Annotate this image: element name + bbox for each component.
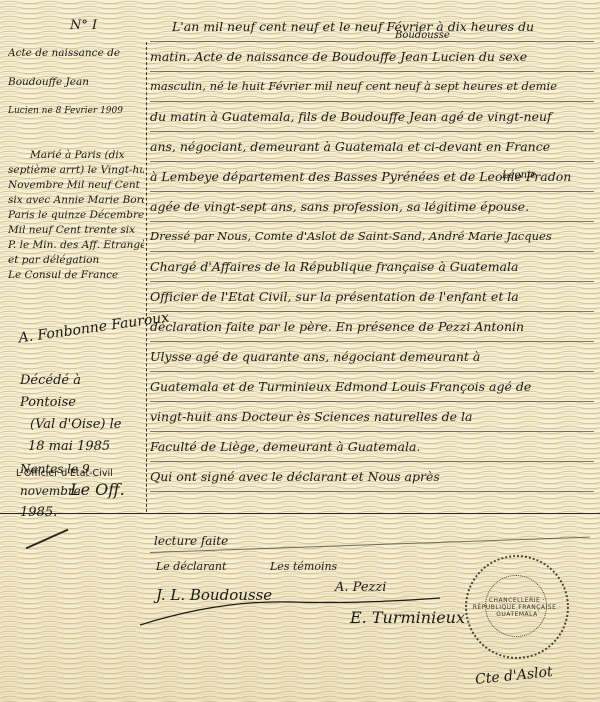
marriage-line: Marié à Paris (dix <box>8 148 144 163</box>
marriage-line: septième arrt) le Vingt-huit <box>8 163 144 178</box>
margin-title-line: Boudouffe Jean <box>8 75 144 90</box>
body-line: vingt-huit ans Docteur ès Sciences natur… <box>150 402 594 432</box>
death-line: Décédé à Pontoise <box>20 370 140 414</box>
margin-title: Acte de naissance de Boudouffe Jean Luci… <box>8 46 144 119</box>
body-line: Faculté de Liège, demeurant à Guatemala. <box>150 432 594 462</box>
marriage-line: Le Consul de France <box>8 268 144 283</box>
body-line: L'an mil neuf cent neuf et le neuf Févri… <box>150 12 594 42</box>
lecture-faite: lecture faite <box>154 534 228 548</box>
body-line: Guatemala et de Turminieux Edmond Louis … <box>150 372 594 402</box>
marriage-line: six avec Annie Marie Bordes <box>8 193 144 208</box>
officer-label: L'Officier d'Etat-Civil <box>16 468 113 479</box>
marriage-line: Paris le quinze Décembre <box>8 208 144 223</box>
body-line: déclaration faite par le père. En présen… <box>150 312 594 342</box>
body-line: Ulysse agé de quarante ans, négociant de… <box>150 342 594 372</box>
margin-rule <box>146 42 147 512</box>
mother-name-insertion: Léonie <box>502 170 536 181</box>
body-line: Dressé par Nous, Comte d'Aslot de Saint-… <box>150 222 594 252</box>
act-number: N° I <box>70 18 97 33</box>
body-line: Qui ont signé avec le déclarant et Nous … <box>150 462 594 492</box>
stamp-text: CHANCELLERIE · RÉPUBLIQUE FRANÇAISE · GU… <box>467 597 567 618</box>
body-line: matin. Acte de naissance de Boudouffe Je… <box>150 42 594 72</box>
witnesses-label: Les témoins <box>270 560 337 573</box>
body-line: masculin, né le huit Février mil neuf ce… <box>150 72 594 102</box>
margin-title-line: Acte de naissance de <box>8 46 144 61</box>
marriage-line: Novembre Mil neuf Cent trente <box>8 178 144 193</box>
act-body: L'an mil neuf cent neuf et le neuf Févri… <box>150 12 594 492</box>
body-line: du matin à Guatemala, fils de Boudouffe … <box>150 102 594 132</box>
body-line: Chargé d'Affaires de la République franç… <box>150 252 594 282</box>
death-line: (Val d'Oise) le <box>20 414 140 436</box>
body-line: Officier de l'Etat Civil, sur la présent… <box>150 282 594 312</box>
margin-death-note: Décédé à Pontoise (Val d'Oise) le 18 mai… <box>20 370 140 524</box>
consulate-stamp: CHANCELLERIE · RÉPUBLIQUE FRANÇAISE · GU… <box>465 555 569 659</box>
marriage-line: P. le Min. des Aff. Etrangères <box>8 238 144 253</box>
surname-correction: Boudousse <box>395 30 450 41</box>
declarant-label: Le déclarant <box>156 560 226 573</box>
officer-signature: Le Off. <box>70 480 125 499</box>
marriage-line: Mil neuf Cent trente six <box>8 223 144 238</box>
death-line: 1985. <box>20 502 140 524</box>
body-line: ans, négociant, demeurant à Guatemala et… <box>150 132 594 162</box>
margin-title-line: Lucien ne 8 Fevrier 1909 <box>8 104 144 119</box>
marriage-line: et par délégation <box>8 253 144 268</box>
signature-flourish <box>140 590 440 630</box>
body-line: agée de vingt-sept ans, sans profession,… <box>150 192 594 222</box>
death-line: 18 mai 1985 <box>20 436 140 458</box>
margin-marriage-note: Marié à Paris (dix septième arrt) le Vin… <box>8 148 144 283</box>
